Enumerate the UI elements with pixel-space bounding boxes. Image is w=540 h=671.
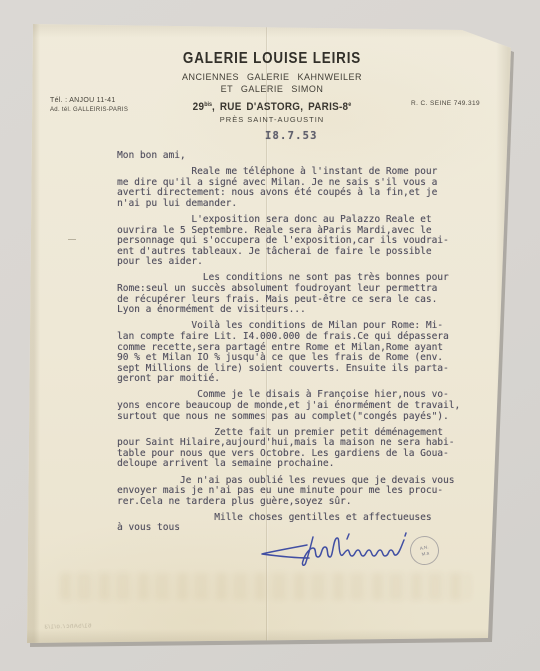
letter-paragraph: Comme je le disais à Françoise hier,nous… xyxy=(117,390,469,422)
letter-paper: GALERIE LOUISE LEIRIS ANCIENNES GALERIE … xyxy=(0,0,540,671)
telephone-line: Tél. : ANJOU 11-41 xyxy=(50,97,128,104)
letter-paragraph: Les conditions ne sont pas très bonnes p… xyxy=(117,273,469,315)
letter-paragraph: Zette fait un premier petit déménagement… xyxy=(117,428,469,470)
letter-paragraph: Voilà les conditions de Milan pour Rome:… xyxy=(117,321,469,385)
archive-stamp-line2: M.a xyxy=(421,551,429,556)
faint-inscription: 61/5Ahc7.o/1/3 xyxy=(44,623,92,630)
letter-paragraph: Mon bon ami, xyxy=(117,151,469,162)
letterhead-address: 29bis, RUE D'ASTORG, PARIS-8e xyxy=(110,101,434,113)
letterhead-contact-block: Tél. : ANJOU 11-41 Ad. tél. GALLEIRIS-PA… xyxy=(50,97,128,113)
letterhead-former-names-1: ANCIENNES GALERIE KAHNWEILER xyxy=(92,72,452,82)
letterhead: GALERIE LOUISE LEIRIS ANCIENNES GALERIE … xyxy=(92,50,452,124)
address-street: , RUE D'ASTORG, PARIS-8 xyxy=(212,101,348,113)
letterhead-address-note: PRÈS SAINT-AUGUSTIN xyxy=(92,115,452,124)
letter-paragraph: Reale me téléphone à l'instant de Rome p… xyxy=(117,167,469,209)
letter-date: I8.7.53 xyxy=(265,130,318,142)
address-number: 29 xyxy=(193,101,205,113)
telegraphic-address-line: Ad. tél. GALLEIRIS-PARIS xyxy=(50,107,128,113)
gallery-name: GALERIE LOUISE LEIRIS xyxy=(121,50,423,68)
address-district-superscript: e xyxy=(348,102,351,108)
archive-stamp-line1: A.N. xyxy=(419,545,428,550)
letter-paragraph: L'exposition sera donc au Palazzo Reale … xyxy=(117,215,469,268)
letter-body: Mon bon ami, Reale me téléphone à l'inst… xyxy=(117,151,469,540)
trade-registry-line: R. C. SEINE 749.319 xyxy=(411,100,480,107)
letter-paragraph: Je n'ai pas oublié les revues que je dev… xyxy=(117,476,469,508)
pencil-mark xyxy=(68,239,76,240)
scan-background: GALERIE LOUISE LEIRIS ANCIENNES GALERIE … xyxy=(0,0,540,671)
letterhead-former-names-2: ET GALERIE SIMON xyxy=(92,84,452,94)
